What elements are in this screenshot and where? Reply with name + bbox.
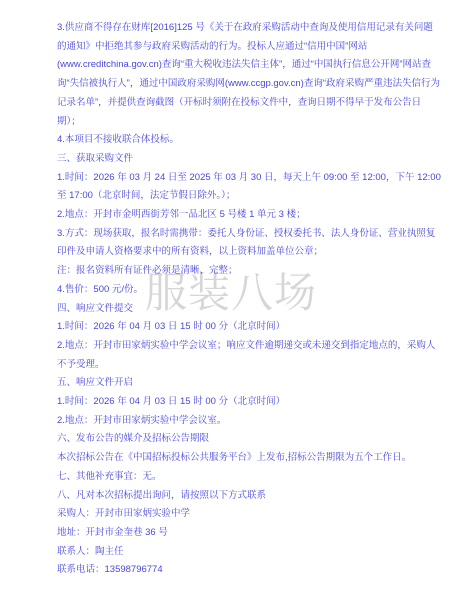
section-heading-response-opening: 五、响应文件开启	[57, 374, 441, 393]
section-heading-response-submission: 四、响应文件提交	[57, 300, 441, 319]
section-heading-contact-info: 八、凡对本次招标提出询问，请按照以下方式联系	[57, 487, 441, 506]
para-obtain-note: 注：报名资料所有证件必须是清晰、完整；	[57, 262, 441, 281]
para-purchaser-name: 采购人：开封市田家炳实验中学	[57, 505, 441, 524]
section-heading-other-matters: 七、其他补充事宜：无。	[57, 468, 441, 487]
para-contact-person: 联系人：陶主任	[57, 543, 441, 562]
para-submission-location: 2.地点：开封市田家炳实验中学会议室；响应文件逾期递交或未递交到指定地点的，采购…	[57, 337, 441, 374]
announcement-body: 3.供应商不得存在财库[2016]125 号《关于在政府采购活动中查询及使用信用…	[57, 19, 441, 580]
para-contact-phone: 联系电话：13598796774	[57, 561, 441, 580]
para-document-price: 4.售价：500 元/份。	[57, 281, 441, 300]
para-no-consortium-bids: 4.本项目不接收联合体投标。	[57, 131, 441, 150]
section-heading-announcement-media: 六、发布公告的媒介及招标公告期限	[57, 430, 441, 449]
para-opening-time: 1.时间：2026 年 04 月 03 日 15 时 00 分（北京时间）	[57, 393, 441, 412]
section-heading-obtain-documents: 三、获取采购文件	[57, 150, 441, 169]
para-supplier-credit-record-requirement: 3.供应商不得存在财库[2016]125 号《关于在政府采购活动中查询及使用信用…	[57, 19, 441, 131]
para-obtain-time: 1.时间：2026 年 03 月 24 日至 2025 年 03 月 30 日，…	[57, 169, 441, 206]
para-obtain-location: 2.地点：开封市金明西街芳邻一品北区 5 号楼 1 单元 3 楼；	[57, 206, 441, 225]
para-purchaser-address: 地址：开封市金奎巷 36 号	[57, 524, 441, 543]
para-obtain-method: 3.方式：现场获取，报名时需携带：委托人身份证、授权委托书、法人身份证、营业执照…	[57, 225, 441, 262]
procurement-announcement-page: 服装八场 3.供应商不得存在财库[2016]125 号《关于在政府采购活动中查询…	[0, 0, 450, 600]
para-opening-location: 2.地点：开封市田家炳实验中学会议室。	[57, 412, 441, 431]
para-announcement-platform: 本次招标公告在《中国招标投标公共服务平台》上发布,招标公告期限为五个工作日。	[57, 449, 441, 468]
para-submission-time: 1.时间：2026 年 04 月 03 日 15 时 00 分（北京时间）	[57, 318, 441, 337]
